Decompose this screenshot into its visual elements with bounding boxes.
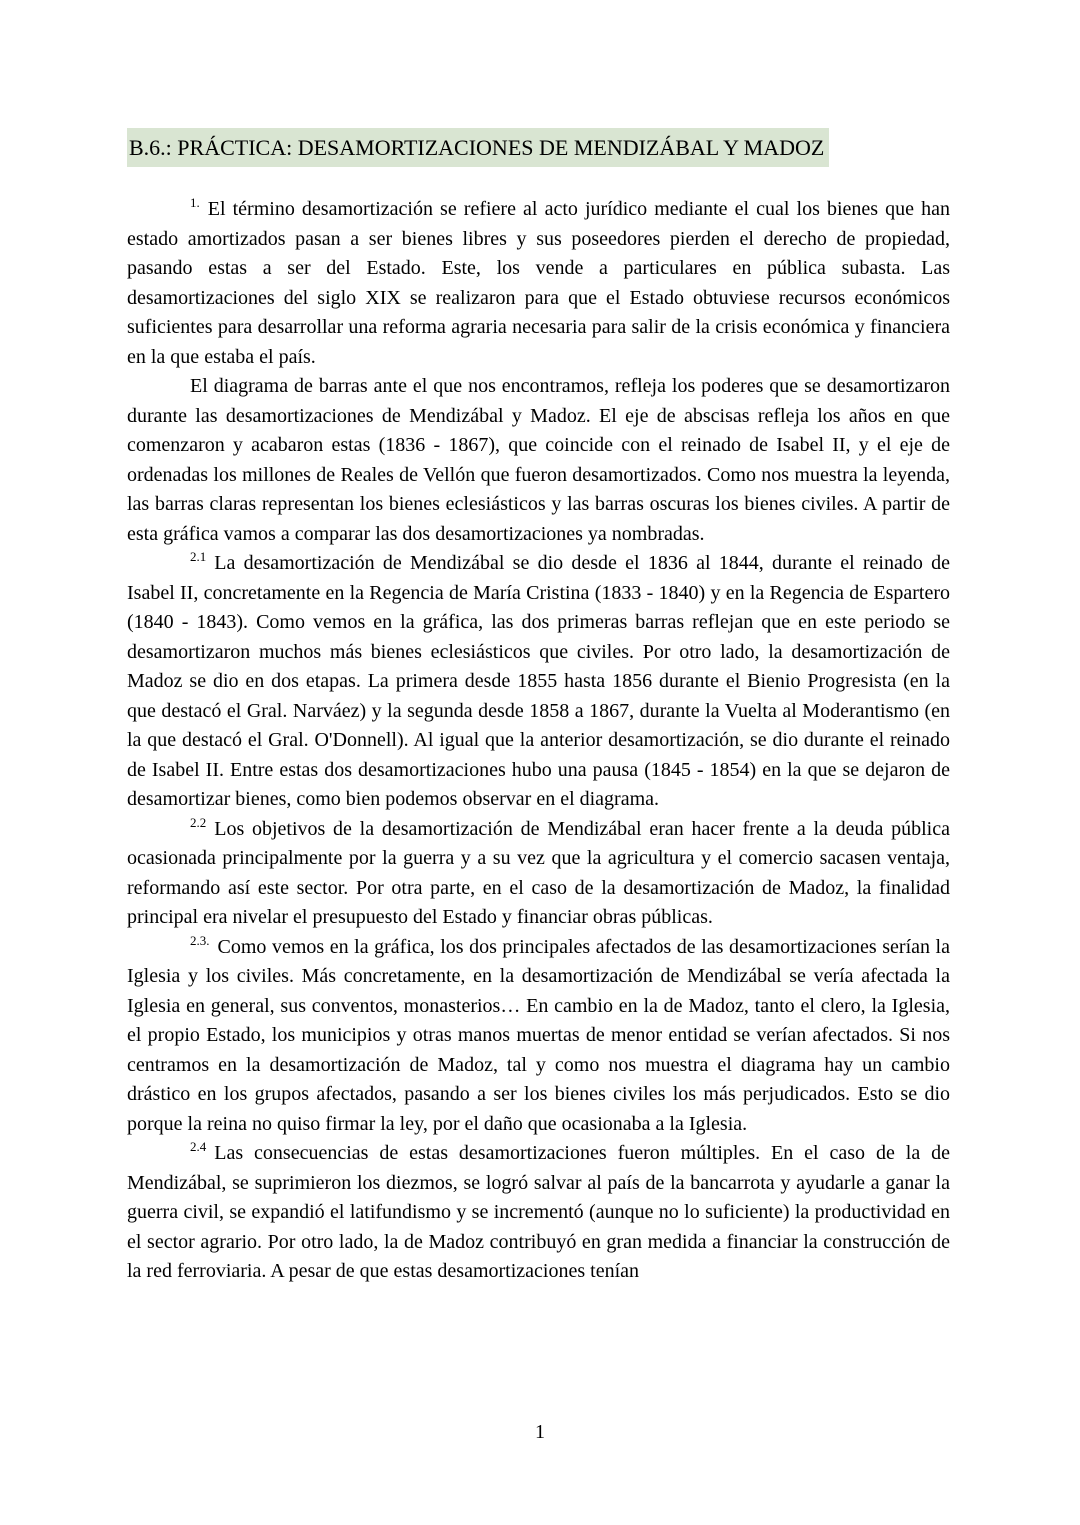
paragraph-text: Como vemos en la gráfica, los dos princi…	[127, 936, 950, 1135]
document-body: 1.El término desamortización se refiere …	[127, 195, 950, 1287]
text-column: B.6.: PRÁCTICA: DESAMORTIZACIONES DE MEN…	[127, 128, 950, 1287]
paragraph: 2.4Las consecuencias de estas desamortiz…	[127, 1139, 950, 1287]
paragraph-number: 2.4	[190, 1139, 206, 1154]
paragraph-number: 2.2	[190, 815, 206, 830]
document-page: B.6.: PRÁCTICA: DESAMORTIZACIONES DE MEN…	[0, 0, 1080, 1525]
paragraph: 2.1La desamortización de Mendizábal se d…	[127, 549, 950, 815]
paragraph-text: El término desamortización se refiere al…	[127, 198, 950, 368]
page-title-line: B.6.: PRÁCTICA: DESAMORTIZACIONES DE MEN…	[127, 128, 950, 168]
paragraph: El diagrama de barras ante el que nos en…	[127, 372, 950, 549]
paragraph-text: Las consecuencias de estas desamortizaci…	[127, 1142, 950, 1282]
paragraph-text: El diagrama de barras ante el que nos en…	[127, 375, 950, 545]
paragraph-number: 2.3.	[190, 933, 210, 948]
paragraph: 1.El término desamortización se refiere …	[127, 195, 950, 372]
paragraph-number: 2.1	[190, 549, 206, 564]
paragraph-number: 1.	[190, 195, 200, 210]
paragraph: 2.2Los objetivos de la desamortización d…	[127, 815, 950, 933]
page-number: 1	[0, 1421, 1080, 1444]
paragraph: 2.3.Como vemos en la gráfica, los dos pr…	[127, 933, 950, 1140]
paragraph-text: La desamortización de Mendizábal se dio …	[127, 552, 950, 810]
page-title: B.6.: PRÁCTICA: DESAMORTIZACIONES DE MEN…	[127, 128, 829, 167]
paragraph-text: Los objetivos de la desamortización de M…	[127, 818, 950, 929]
